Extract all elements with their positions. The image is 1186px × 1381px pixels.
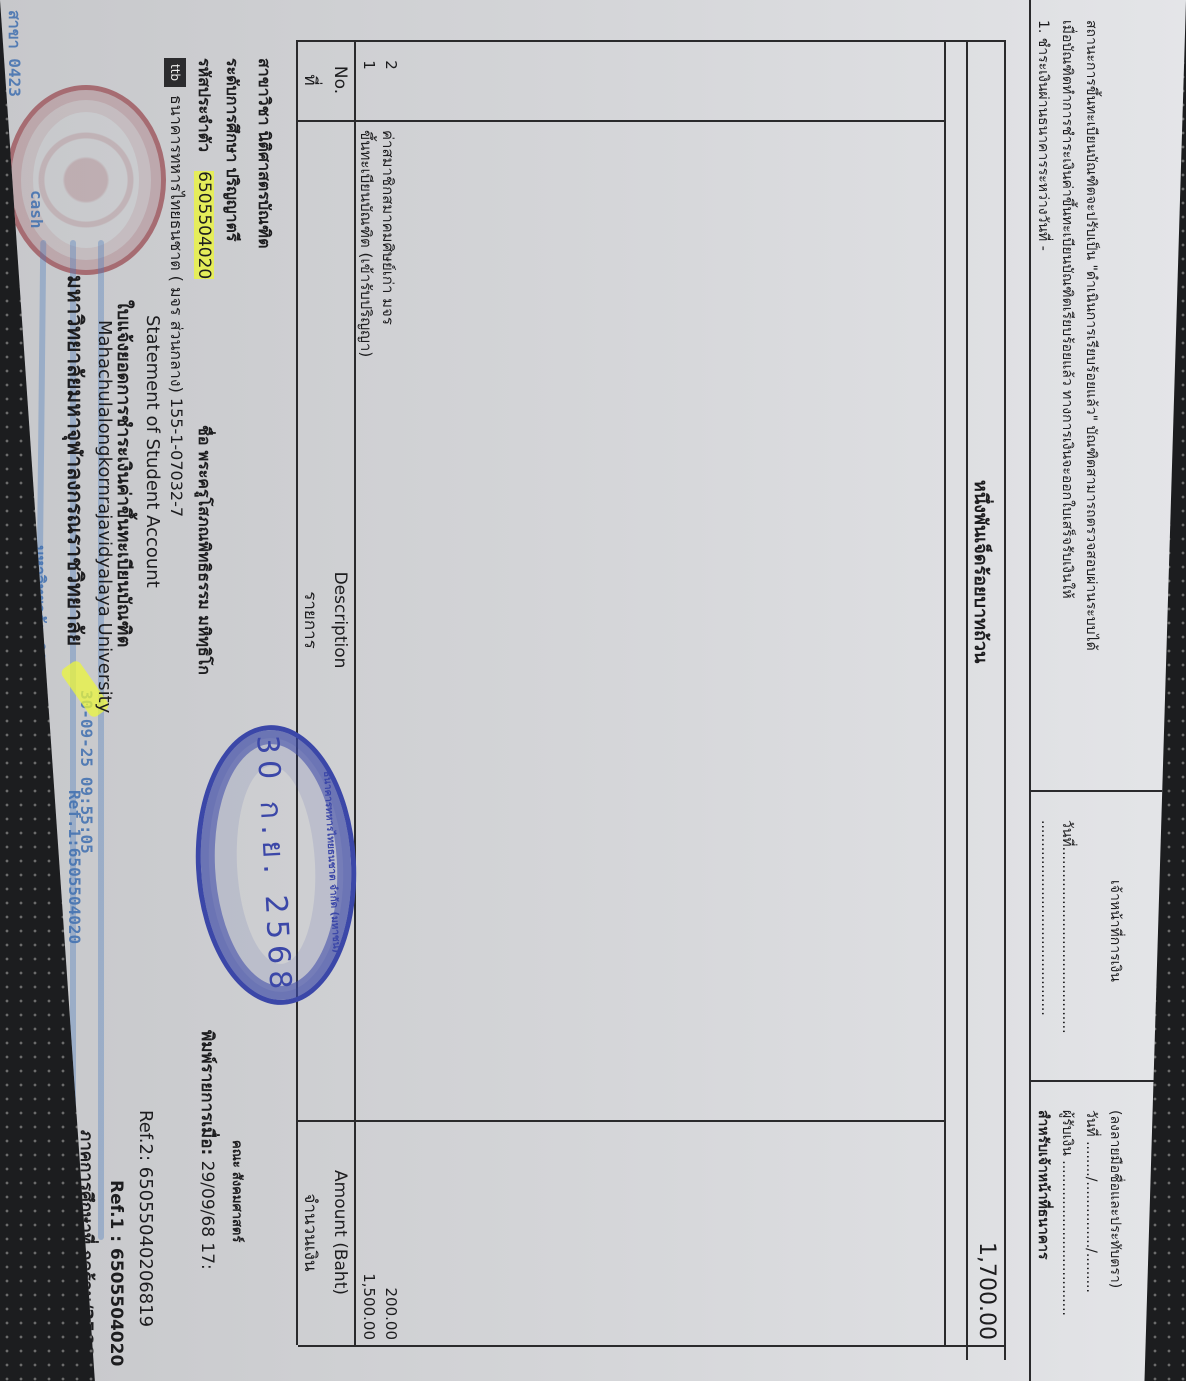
academic-term: ภาคการศึกษาที่ ฤดูร้อน/2566 [73, 1130, 100, 1356]
table-body-bottom [944, 40, 946, 1345]
header-no-en: No. [330, 40, 350, 120]
bank-only-label: สำหรับเจ้าหน้าที่ธนาคาร [1032, 1110, 1054, 1260]
row-no: 1 [360, 50, 378, 80]
header-no-th: ที่ [297, 40, 324, 120]
footer-divider [1031, 1080, 1186, 1082]
teller-line1: มหาวิทยาลัย 000001 [26, 545, 51, 700]
header-amount-en: Amount (Baht) [330, 1120, 350, 1345]
student-id-field: รหัสประจำตัว 6505504020 [191, 58, 216, 279]
footer-note-2: เมื่อบัณฑิตทำการชำระเงินค่าขึ้นทะเบียนบั… [1056, 20, 1078, 599]
column-divider-amount [298, 1120, 946, 1122]
table-total-bottom [1004, 40, 1006, 1360]
payment-slip: สาขา 0423 มหาวิทยาลัย 000001 cash ค่าธรร… [0, 0, 1186, 1381]
sign-note: (ลงลายมือชื่อและประทับตรา) [1104, 1110, 1126, 1288]
student-id-label: รหัสประจำตัว [195, 58, 214, 152]
stamp-ring-text: ธนาคารทหารไทยธนชาต จำกัด (มหาชน) [318, 757, 344, 967]
copy-note: (ส่วนที่ 1 สำหรับนิสิต) [47, 1150, 74, 1316]
footer-top-border [1029, 0, 1031, 1381]
bank-date-line: วันที่ ......../.............../........… [1080, 1110, 1102, 1293]
row-amount: 1,500.00 [360, 1130, 378, 1340]
education-level: ปริญญาตรี [223, 167, 242, 241]
ref2: Ref.2: 65055040206819 [135, 1110, 156, 1327]
table-total-divider [966, 40, 968, 1360]
teller-ink-stroke [30, 240, 47, 1250]
footer-divider [1031, 790, 1186, 792]
teller-line2: cash [27, 190, 46, 229]
printed-at-label: พิมพ์รายการเมื่อ: [197, 1030, 217, 1155]
row-description: ขึ้นทะเบียนบัณฑิต (เข้ารับปริญญา) [354, 130, 378, 357]
total-in-words: หนึ่งพันเจ็ดร้อยบาทถ้วน [967, 480, 996, 663]
university-name-th: มหาวิทยาลัยมหาจุฬาลงกรณราชวิทยาลัย [58, 275, 91, 646]
bank-account-line: ttbธนาคารทหารไทยธนชาต ( มจร ส่วนกลาง) 15… [163, 58, 188, 517]
slip-title-th: ใบแจ้งยอดการชำระเงินค่าขึ้นทะเบียนบัณฑิต [110, 300, 139, 647]
bank-account-text: ธนาคารทหารไทยธนชาต ( มจร ส่วนกลาง) 155-1… [167, 95, 186, 517]
finance-date-line: วันที่..................................… [1056, 820, 1078, 1034]
finance-officer-label: เจ้าหน้าที่การเงิน [1104, 880, 1126, 982]
faculty-label: คณะ [229, 1140, 244, 1168]
stamp-date: 30 ก.ย. 2568 [243, 729, 304, 1001]
total-amount: 1,700.00 [974, 1180, 999, 1340]
row-description: ค่าสมาชิกสมาคมศิษย์เก่า มจร [376, 130, 400, 325]
student-name-label: ชื่อ [195, 425, 214, 445]
table-right-border [298, 1345, 1006, 1347]
ref1: Ref.1 : 6505504020 [106, 1180, 126, 1366]
header-description-en: Description [330, 120, 350, 1120]
major-label: สาขาวิชา [255, 58, 274, 126]
teller-fee-label: ค่าธรรมเนียม [31, 780, 56, 874]
row-amount: 200.00 [382, 1130, 400, 1340]
student-name-field: ชื่อ พระครูโสภณพิทธิธรรม มหิทฺธิโก [191, 425, 216, 675]
education-level-field: ระดับการศึกษา ปริญญาตรี [219, 58, 244, 241]
student-id: 6505504020 [194, 171, 214, 279]
receiver-signature-line: ผู้รับเงิน .............................… [1056, 1110, 1078, 1316]
student-name: พระครูโสภณพิทธิธรรม มหิทฺธิโก [195, 451, 214, 675]
table-left-border [298, 40, 1006, 42]
major: นิติศาสตรบัณฑิต [255, 131, 274, 249]
row-no: 2 [382, 50, 400, 80]
column-divider-no [298, 120, 946, 122]
footer-note-1: 1. ชำระเงินผ่านธนาคารระหว่างวันที่ - [1032, 20, 1054, 251]
header-amount-th: จำนวนเงิน [297, 1120, 324, 1345]
university-seal-icon [6, 85, 166, 275]
teller-fee: 30.00 [32, 930, 51, 978]
slip-title-en: Statement of Student Account [142, 315, 163, 588]
finance-signature-line: ........................................… [1038, 820, 1054, 1016]
highlighter-mark [16, 920, 67, 981]
printed-at: 29/09/68 17: [197, 1161, 217, 1270]
faculty-field: คณะ สังคมศาสตร์ [227, 1140, 248, 1242]
printed-at-field: พิมพ์รายการเมื่อ: 29/09/68 17: [194, 1030, 221, 1270]
major-field: สาขาวิชา นิติศาสตรบัณฑิต [251, 58, 276, 248]
teller-branch-code: สาขา 0423 [1, 10, 26, 97]
faculty: สังคมศาสตร์ [229, 1172, 244, 1242]
education-level-label: ระดับการศึกษา [223, 58, 242, 162]
teller-amount-label: จำนวนเงิน [31, 1075, 56, 1148]
footer-note-3: สถานะการขึ้นทะเบียนบัณฑิตจะปรับเป็น "ดำเ… [1080, 20, 1102, 651]
ttb-logo-icon: ttb [164, 58, 186, 87]
